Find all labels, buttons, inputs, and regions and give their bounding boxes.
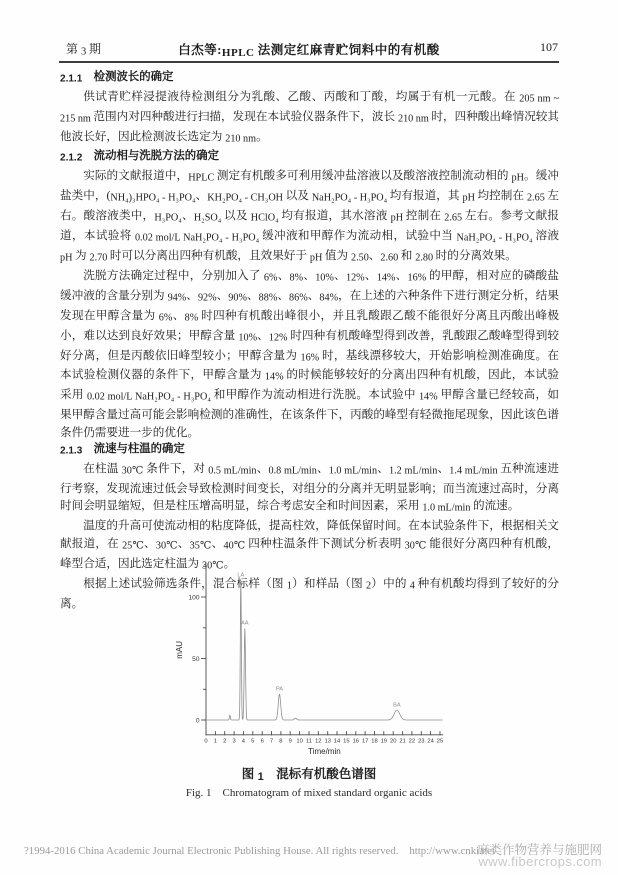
x-tick-label: 6 [261, 738, 264, 744]
x-tick-label: 7 [270, 738, 273, 744]
paragraph-flow-rate: 在柱温 30℃ 条件下，对 0.5 mL/min、0.8 mL/min、1.0 … [60, 460, 559, 517]
x-tick-label: 24 [427, 738, 434, 744]
x-tick-label: 11 [306, 738, 312, 744]
section-heading-2-1-3: 2.1.3 流速与柱温的确定 [60, 441, 559, 460]
figure-caption-zh: 图 1 混标有机酸色谱图 [0, 764, 618, 783]
x-tick-label: 1 [214, 738, 217, 744]
x-tick-label: 23 [418, 738, 424, 744]
x-tick-label: 18 [371, 738, 377, 744]
x-tick-label: 19 [381, 738, 387, 744]
section-heading-2-1-2: 2.1.2 流动相与洗脱方法的确定 [60, 148, 559, 167]
y-tick-label: 0 [196, 717, 200, 724]
x-tick-label: 0 [204, 738, 207, 744]
x-tick-label: 16 [353, 738, 359, 744]
x-tick-label: 14 [334, 738, 341, 744]
x-tick-label: 9 [289, 738, 292, 744]
x-tick-label: 25 [437, 738, 443, 744]
header-divider [59, 61, 559, 63]
x-tick-label: 5 [251, 738, 254, 744]
paragraph-wavelength: 供试青贮样浸提液待检测组分为乳酸、乙酸、丙酸和丁酸，均属于有机一元酸。在 205… [60, 88, 559, 148]
article-body: 2.1.1 检测波长的确定 供试青贮样浸提液待检测组分为乳酸、乙酸、丙酸和丁酸，… [60, 69, 559, 612]
y-tick-label: 100 [188, 594, 199, 601]
peak-label-AA: AA [241, 620, 249, 626]
chromatogram-figure: 0501000123456789101112131415161718192021… [168, 558, 468, 773]
scanned-paper-page: 第 3 期 白杰等:HPLC 法测定红麻青贮饲料中的有机酸 107 2.1.1 … [0, 0, 618, 875]
chromatogram-svg: 0501000123456789101112131415161718192021… [168, 558, 468, 773]
y-axis-title: mAU [175, 641, 184, 659]
x-tick-label: 20 [390, 738, 396, 744]
peak-label-BA: BA [393, 703, 401, 709]
paragraph-mobile-phase: 实际的文献报道中，HPLC 测定有机酸多可利用缓冲盐溶液以及酸溶液控制流动相的 … [60, 167, 559, 267]
x-tick-label: 2 [223, 738, 226, 744]
x-tick-label: 4 [242, 738, 246, 744]
page-number: 107 [540, 40, 558, 55]
copyright-footer: ?1994-2016 China Academic Journal Electr… [24, 845, 495, 857]
chromatogram-trace [206, 580, 443, 720]
x-tick-label: 12 [315, 738, 321, 744]
x-tick-label: 8 [279, 738, 282, 744]
section-heading-2-1-1: 2.1.1 检测波长的确定 [60, 69, 559, 88]
x-tick-label: 3 [232, 738, 235, 744]
x-tick-label: 17 [362, 738, 368, 744]
x-tick-label: 21 [399, 738, 405, 744]
running-title: 白杰等:HPLC 法测定红麻青贮饲料中的有机酸 [60, 40, 558, 59]
x-tick-label: 10 [296, 738, 302, 744]
peak-label-LA: LA [237, 572, 244, 578]
watermark-site-url: www.fibercrops.com [478, 854, 602, 869]
x-tick-label: 22 [409, 738, 415, 744]
x-axis-title: Time/min [308, 747, 341, 756]
x-tick-label: 13 [324, 738, 330, 744]
figure-caption-en: Fig. 1 Chromatogram of mixed standard or… [0, 784, 618, 800]
x-tick-label: 15 [343, 738, 349, 744]
peak-label-PA: PA [276, 687, 283, 693]
y-tick-label: 50 [192, 656, 200, 663]
paragraph-elution: 洗脱方法确定过程中，分别加入了 6%、8%、10%、12%、14%、16% 的甲… [60, 267, 559, 441]
